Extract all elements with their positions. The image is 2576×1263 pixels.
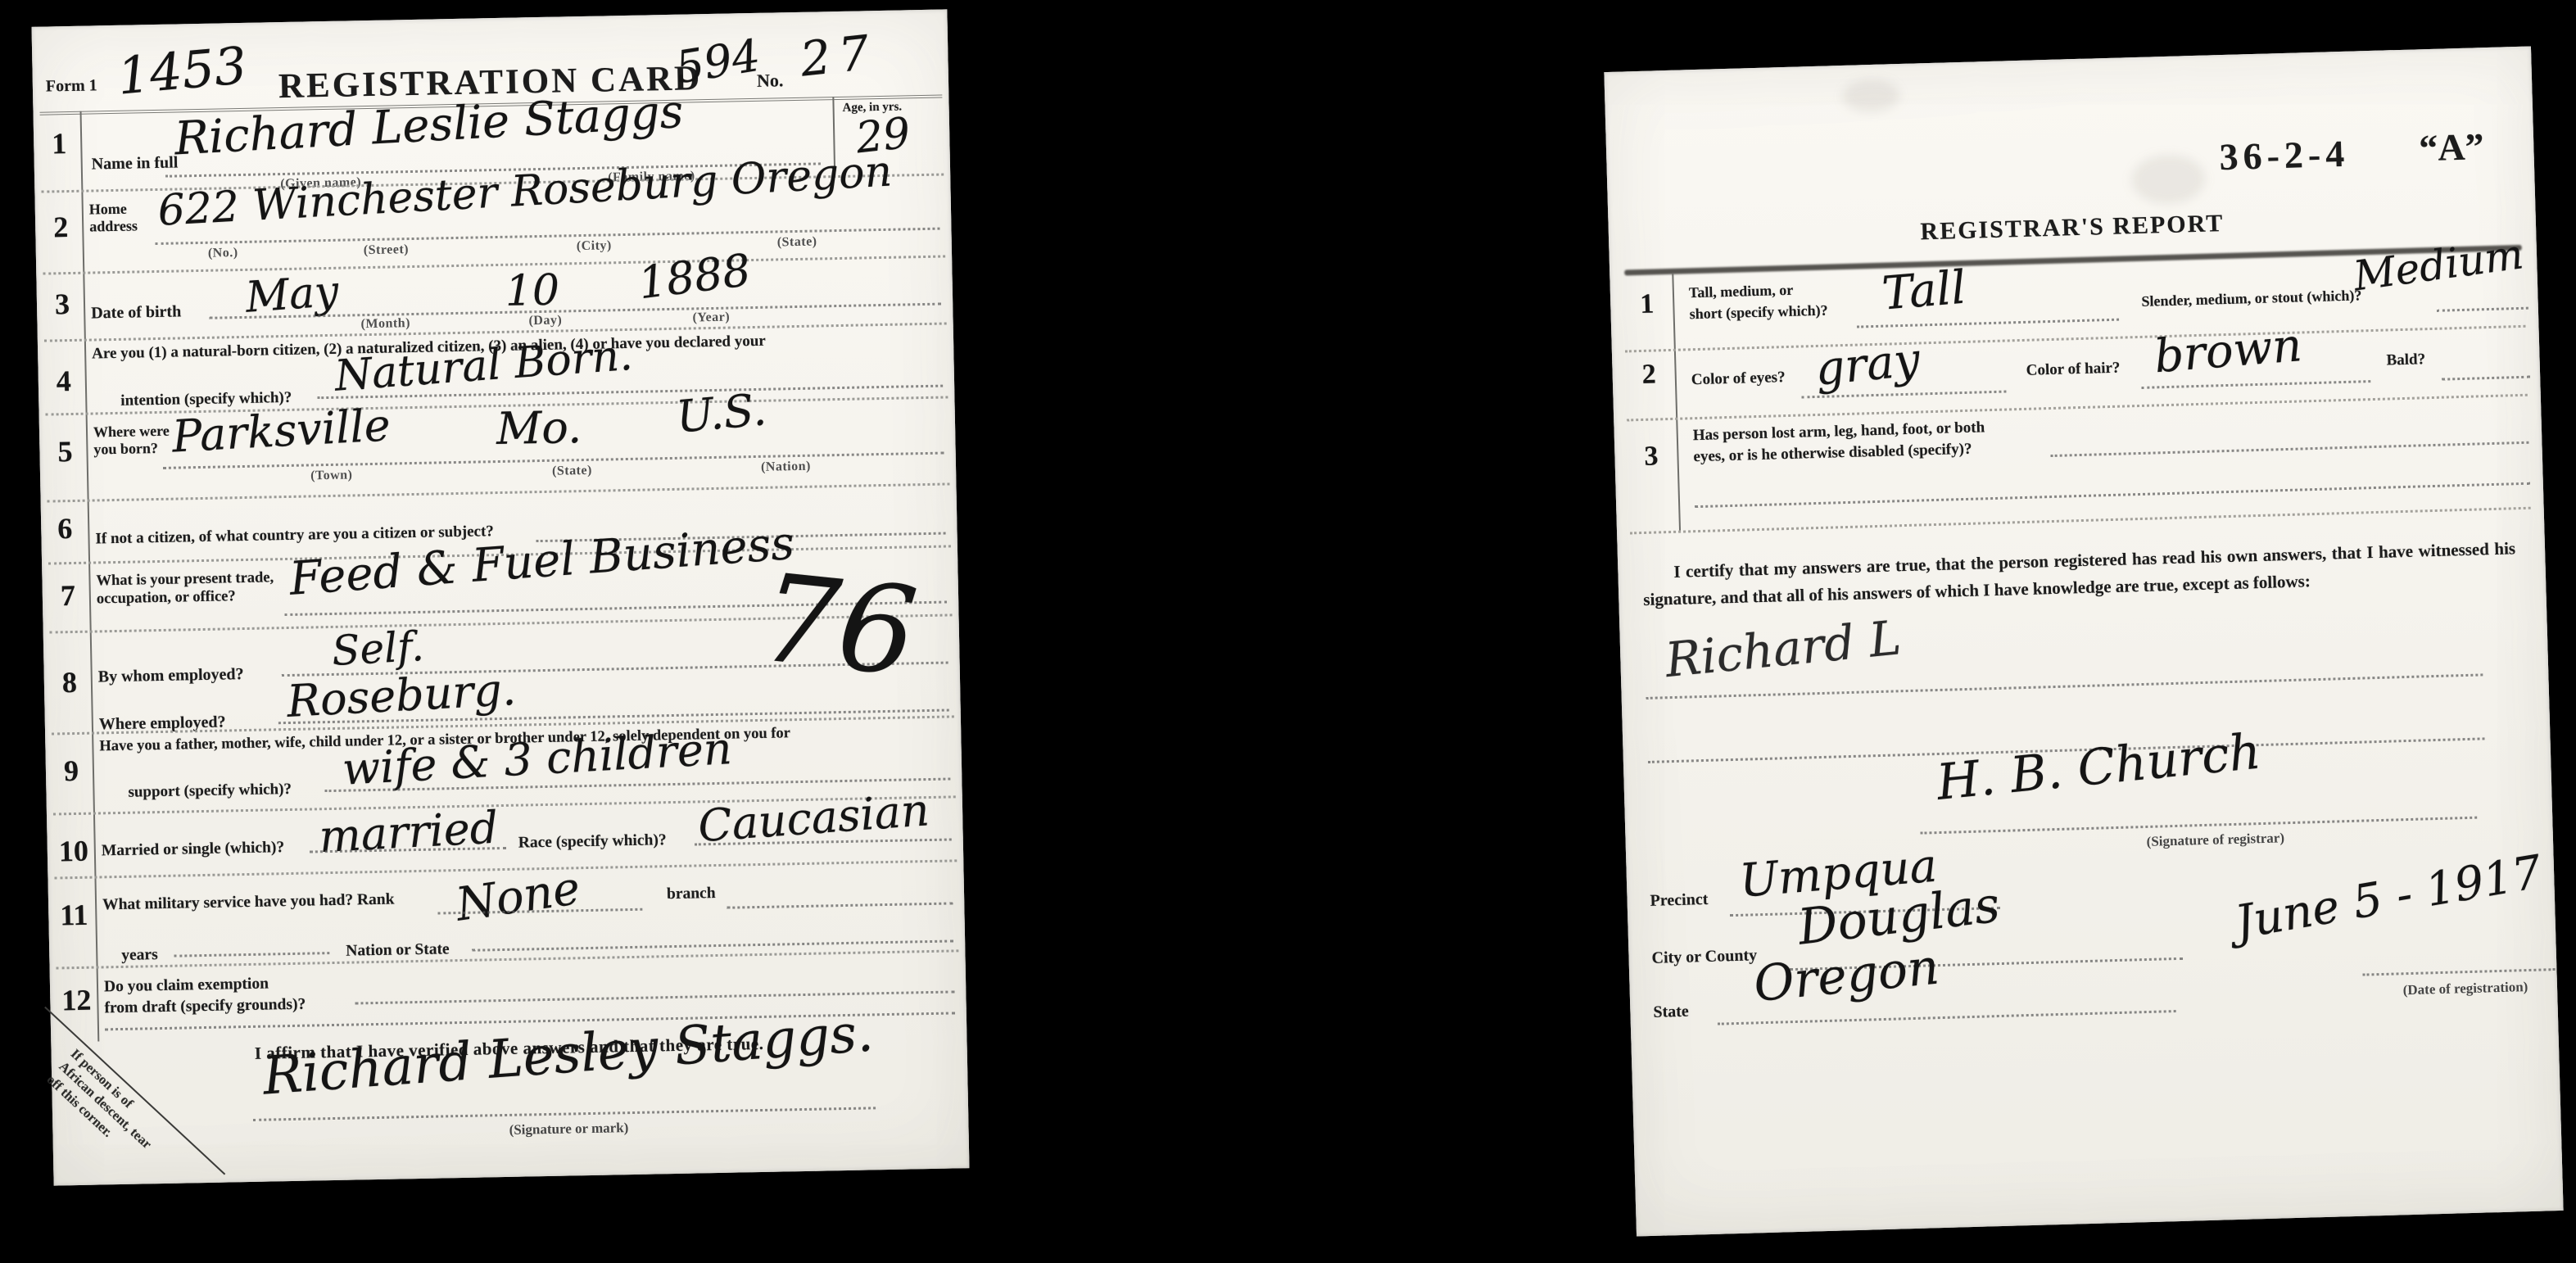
build-label-line2: short (specify which)? <box>1689 302 1828 324</box>
dotted-line <box>174 952 329 957</box>
question-number-2: 2 <box>53 210 69 244</box>
row-separator <box>57 949 959 969</box>
dotted-line <box>156 228 940 245</box>
sub-city: (City) <box>577 238 612 254</box>
employer-by-value-handwritten: Self. <box>331 622 425 675</box>
registrar-signature-handwritten: H. B. Church <box>1934 723 2263 812</box>
margin-mark-handwritten: 76 <box>755 547 923 703</box>
dotted-line <box>1718 1010 2176 1025</box>
sub-state: (State) <box>552 464 592 479</box>
stamp-series: “A” <box>2419 124 2485 170</box>
question-number-6: 6 <box>57 511 73 545</box>
scan-smudge <box>1842 79 1900 113</box>
bald-label: Bald? <box>2386 351 2425 370</box>
dotted-line <box>2362 968 2555 976</box>
marital-value-handwritten: married <box>318 802 500 863</box>
military-nation-label: Nation or State <box>346 939 450 960</box>
military-years-label: years <box>121 945 158 965</box>
order-number-label: No. <box>757 70 784 92</box>
question-number-5: 5 <box>57 434 73 469</box>
race-label: Race (specify which)? <box>518 831 667 852</box>
question-number-7: 7 <box>60 578 75 613</box>
build-value-handwritten: Medium <box>2351 230 2526 300</box>
question-number-11: 11 <box>60 898 88 933</box>
birth-day-handwritten: 10 <box>505 266 559 316</box>
dotted-line <box>1695 482 2530 508</box>
form-label: Form 1 <box>46 76 97 97</box>
birthplace-nation-handwritten: U.S. <box>674 383 768 443</box>
report-question-number-3: 3 <box>1644 441 1659 472</box>
registrars-report-card: 36-2-4 “A” REGISTRAR'S REPORT 1 Tall, me… <box>1604 46 2563 1236</box>
employer-by-label: By whom employed? <box>98 665 244 687</box>
serial-number-handwritten: 1453 <box>115 35 249 106</box>
question-number-10: 10 <box>58 834 88 869</box>
dotted-line <box>727 902 953 908</box>
sub-nation: (Nation) <box>761 459 811 475</box>
question-number-1: 1 <box>52 126 67 161</box>
dotted-line <box>2442 376 2530 381</box>
trade-label: What is your present trade, occupation, … <box>96 569 281 609</box>
order-number-handwritten: 27 <box>798 24 881 88</box>
sub-street: (Street) <box>364 242 410 258</box>
question-number-3: 3 <box>55 287 70 321</box>
stamp-number-handwritten: 594 <box>672 29 764 94</box>
dotted-line <box>2437 307 2528 312</box>
question-number-8: 8 <box>61 665 77 699</box>
hair-value-handwritten: brown <box>2153 319 2304 383</box>
eyes-label: Color of eyes? <box>1691 369 1786 390</box>
exemption-label-line1: Do you claim exemption <box>104 975 269 997</box>
sub-state: (State) <box>777 235 817 251</box>
registrant-signature-handwritten: Richard Lesley Staggs. <box>261 1003 876 1107</box>
question-column-divider <box>1672 274 1681 531</box>
military-label: What military service have you had? Rank <box>102 890 395 915</box>
report-question-number-1: 1 <box>1640 288 1655 319</box>
scan-smudge <box>2130 154 2206 205</box>
registration-date-caption: (Date of registration) <box>2351 977 2576 1000</box>
military-rank-value-handwritten: None <box>453 862 584 932</box>
registrar-signature-caption: (Signature of registrar) <box>2085 828 2347 852</box>
stoutness-label: Slender, medium, or stout (which)? <box>2141 287 2362 310</box>
birth-year-handwritten: 1888 <box>636 244 754 310</box>
dotted-line <box>2051 441 2529 457</box>
dotted-line <box>472 939 953 951</box>
row-separator <box>1627 394 2528 422</box>
sub-day: (Day) <box>528 313 562 328</box>
dependents-label: support (specify which)? <box>128 781 292 802</box>
eyes-value-handwritten: gray <box>1813 333 1922 396</box>
question-number-9: 9 <box>64 754 79 788</box>
row-separator <box>48 482 950 502</box>
state-value-handwritten: Oregon <box>1751 938 1941 1013</box>
exemption-label-line2: from draft (specify grounds)? <box>104 995 306 1018</box>
sub-month: (Month) <box>360 316 410 332</box>
address-label: Home address <box>89 200 156 236</box>
birthplace-town-handwritten: Parksville <box>170 399 392 462</box>
certification-text: I certify that my answers are true, that… <box>1642 535 2516 613</box>
state-label: State <box>1653 1003 1689 1023</box>
question-number-12: 12 <box>61 983 92 1018</box>
disability-label-line2: eyes, or is he otherwise disabled (speci… <box>1693 441 1972 467</box>
exception-note-handwritten: Richard L <box>1663 609 1904 688</box>
birthplace-state-handwritten: Mo. <box>496 401 582 455</box>
registration-card: Form 1 1453 REGISTRATION CARD 594 No. 27… <box>32 9 970 1185</box>
height-value-handwritten: Tall <box>1880 261 1967 321</box>
report-question-number-2: 2 <box>1641 359 1656 390</box>
build-label-line1: Tall, medium, or <box>1689 282 1794 302</box>
birth-label: Date of birth <box>91 302 181 324</box>
row-separator <box>1630 507 2531 535</box>
hair-label: Color of hair? <box>2026 360 2120 381</box>
question-number-4: 4 <box>56 364 71 398</box>
name-label: Name in full <box>92 153 179 174</box>
birthplace-label: Where were you born? <box>93 423 173 459</box>
sub-number: (No.) <box>208 246 238 261</box>
registration-date-handwritten: June 5 - 1917 <box>2231 845 2546 949</box>
row-separator <box>43 255 945 274</box>
signature-caption: (Signature or mark) <box>323 1116 814 1143</box>
city-county-label: City or County <box>1651 946 1757 968</box>
sub-town: (Town) <box>310 468 353 483</box>
marital-label: Married or single (which)? <box>102 838 285 860</box>
row-separator <box>1625 325 2526 353</box>
military-branch-label: branch <box>667 884 716 903</box>
sub-year: (Year) <box>692 310 730 326</box>
precinct-label: Precinct <box>1650 890 1708 912</box>
stamp-code: 36-2-4 <box>2219 132 2350 180</box>
